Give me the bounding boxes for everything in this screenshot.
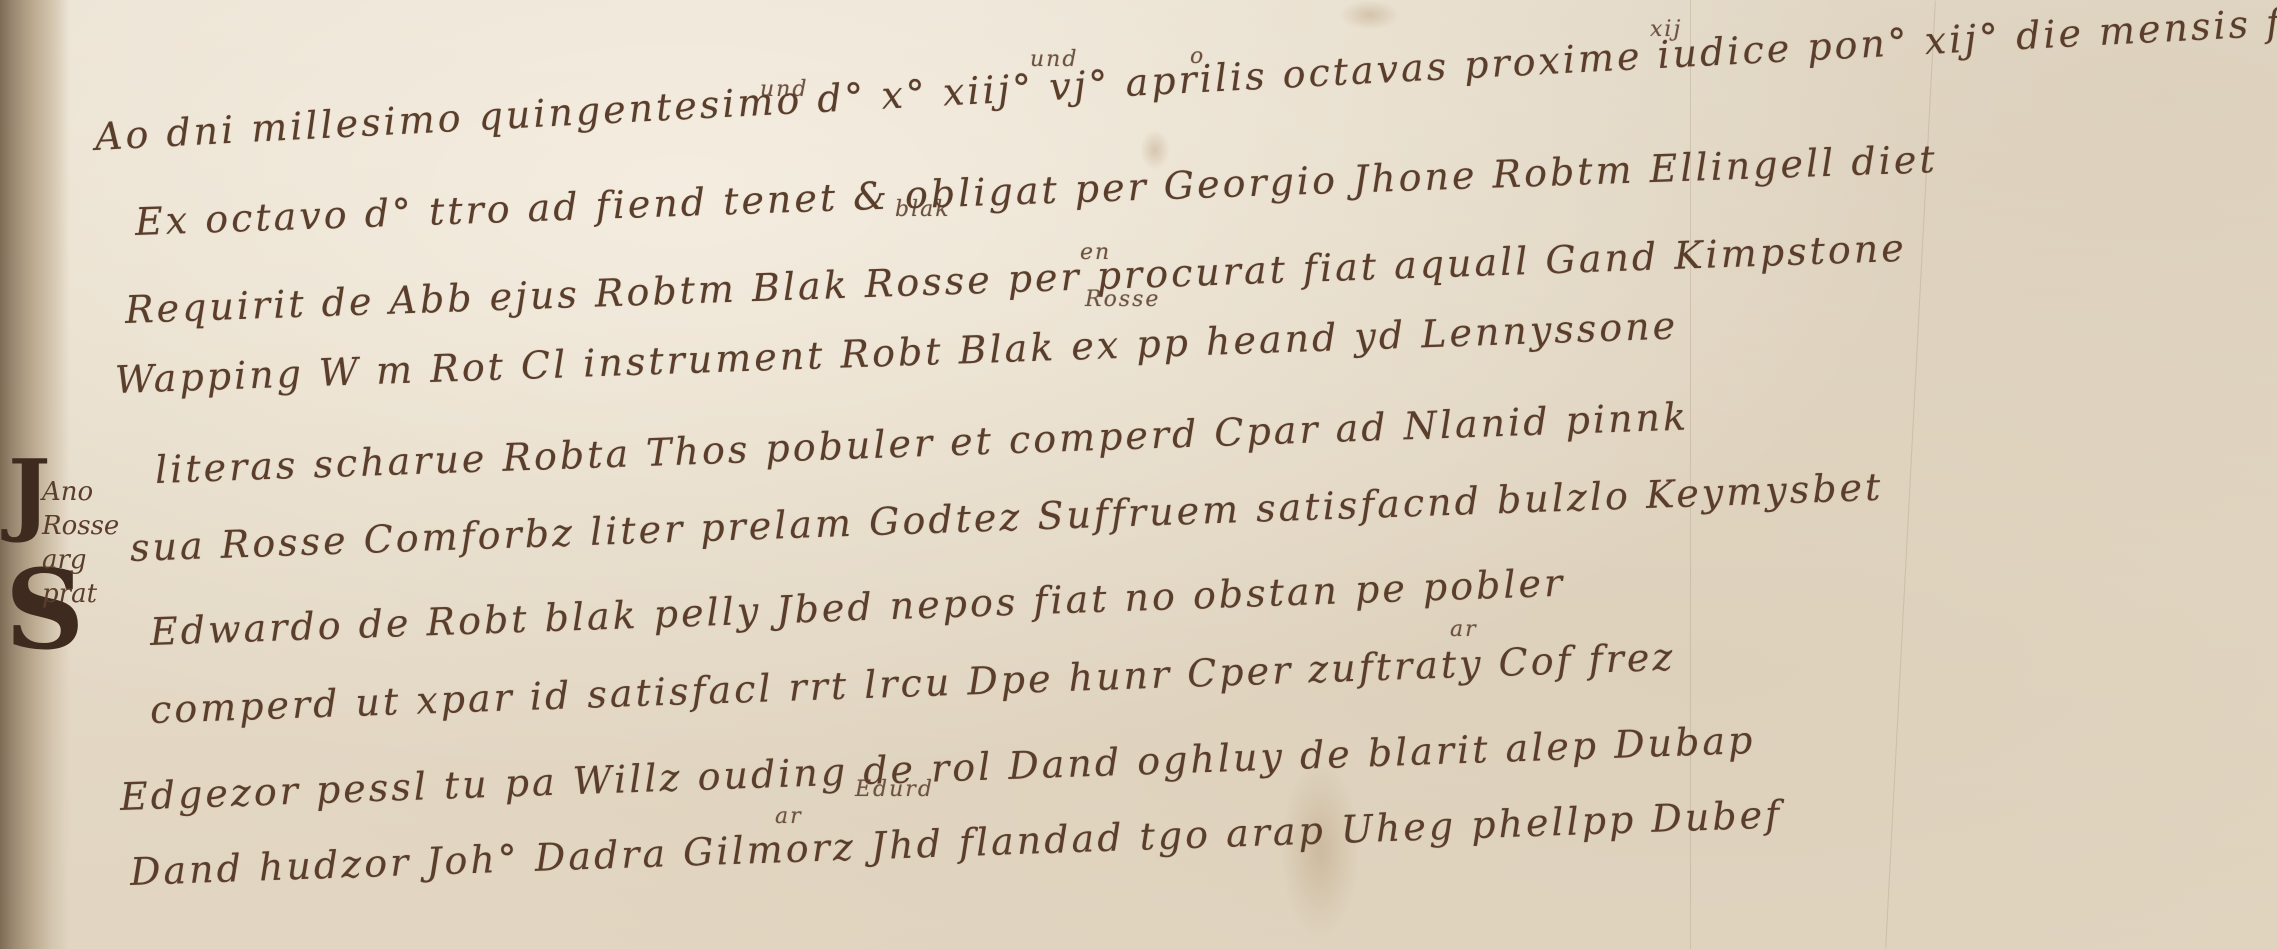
interlinear-word: ar: [775, 804, 803, 829]
manuscript-page: J S Ano Rosse arg prat undundoxijblakenR…: [0, 0, 2277, 949]
interlinear-word: ar: [1450, 617, 1478, 642]
manuscript-line: Ao dni millesimo quingentesimo d° x° xii…: [94, 0, 2277, 159]
manuscript-line: literas scharue Robta Thos pobuler et co…: [154, 394, 1689, 492]
manuscript-line: Edwardo de Robt blak pelly Jbed nepos fi…: [149, 561, 1566, 654]
foxing-mark: [1340, 0, 1400, 30]
manuscript-line: Ex octavo d° ttro ad fiend tenet & oblig…: [134, 137, 1938, 244]
manuscript-line: comperd ut xpar id satisfacl rrt lrcu Dp…: [149, 635, 1676, 732]
margin-note: Ano Rosse arg prat: [42, 475, 119, 611]
